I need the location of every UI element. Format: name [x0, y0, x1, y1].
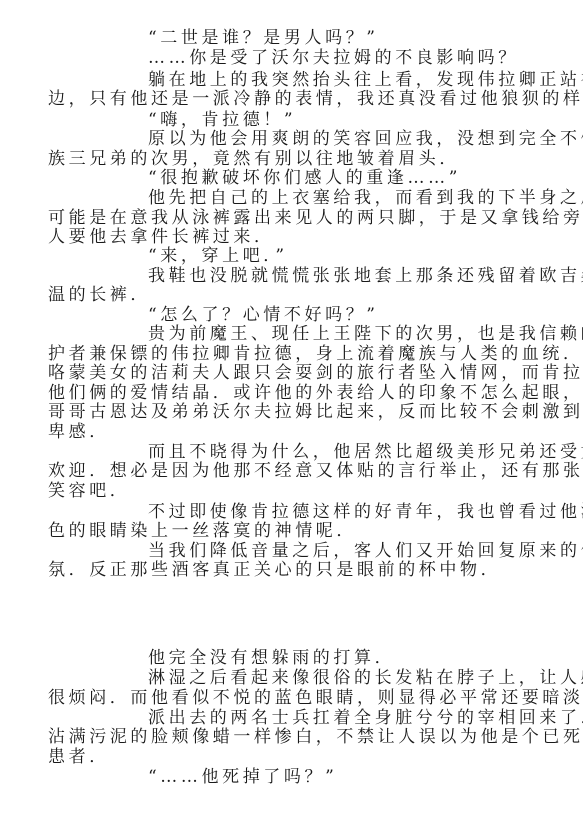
paragraph-line: 很烦闷．而他看似不悦的蓝色眼睛，则显得必平常还要暗淡．: [48, 688, 524, 708]
paragraph-first-line: “来，穿上吧．”: [148, 246, 524, 266]
paragraph-first-line: 原以为他会用爽朗的笑容回应我，没想到完全不像魔: [148, 129, 524, 149]
paragraph-line: 哥哥古恩达及弟弟沃尔夫拉姆比起来，反而比较不会刺激到我的自: [48, 402, 524, 422]
paragraph-line: 护者兼保镖的伟拉卿肯拉德，身上流着魔族与人类的血统．属于费: [48, 344, 524, 364]
paragraph-line: 族三兄弟的次男，竟然有别以往地皱着眉头．: [48, 149, 524, 169]
paragraph-first-line: “怎么了？心情不好吗？”: [148, 305, 524, 325]
paragraph-line: 沾满污泥的脸颊像蜡一样惨白，不禁让人误以为他是个已死的重病: [48, 727, 524, 747]
paragraph-first-line: 淋湿之后看起来像很俗的长发粘在脖子上，让人感觉: [148, 668, 524, 688]
paragraph-line: 卑感．: [48, 422, 524, 442]
paragraph-first-line: “二世是谁？是男人吗？”: [148, 28, 524, 48]
paragraph-first-line: 派出去的两名士兵扛着全身脏兮兮的宰相回来了．他: [148, 708, 524, 728]
paragraph-line: 边，只有他还是一派冷静的表情，我还真没看过他狼狈的样子呢．: [48, 89, 524, 109]
paragraph-line: 患者．: [48, 747, 524, 767]
paragraph-first-line: “嗨，肯拉德！”: [148, 110, 524, 130]
paragraph-line: 笑容吧．: [48, 481, 524, 501]
paragraph-first-line: 我鞋也没脱就慌慌张张地套上那条还残留着欧吉桑体: [148, 266, 524, 286]
paragraph-first-line: “很抱歉破坏你们感人的重逢……”: [148, 168, 524, 188]
paragraph-first-line: “……他死掉了吗？”: [148, 767, 524, 787]
paragraph-first-line: 躺在地上的我突然抬头往上看，发现伟拉卿正站在门: [148, 70, 524, 90]
paragraph-line: 色的眼睛染上一丝落寞的神情呢．: [48, 521, 524, 541]
paragraph-line: 他们俩的爱情结晶．或许他的外表给人的印象不怎么起眼，但是跟: [48, 383, 524, 403]
paragraph-line: 可能是在意我从泳裤露出来见人的两只脚，于是又拿钱给旁边的男: [48, 208, 524, 228]
paragraph-first-line: 当我们降低音量之后，客人们又开始回复原来的气: [148, 541, 524, 561]
paragraph-line: 氛．反正那些酒客真正关心的只是眼前的杯中物．: [48, 560, 524, 580]
paragraph-first-line: 不过即使像肯拉德这样的好青年，我也曾看过他浅棕: [148, 502, 524, 522]
paragraph-first-line: 贵为前魔王、现任上王陛下的次男，也是我信赖的保: [148, 324, 524, 344]
paragraph-line: 咯蒙美女的洁莉夫人跟只会耍剑的旅行者坠入情网，而肯拉德就是: [48, 363, 524, 383]
paragraph-first-line: 他先把自己的上衣塞给我，而看到我的下半身之后，: [148, 188, 524, 208]
paragraph-line: 人要他去拿件长裤过来．: [48, 227, 524, 247]
paragraph-line: 温的长裤．: [48, 285, 524, 305]
paragraph-first-line: 而且不晓得为什么，他居然比超级美形兄弟还受女性: [148, 442, 524, 462]
paragraph-line: 欢迎．想必是因为他那不经意又体贴的言行举止，还有那张爽朗的: [48, 461, 524, 481]
paragraph-first-line: ……你是受了沃尔夫拉姆的不良影响吗？: [148, 48, 524, 68]
paragraph-first-line: 他完全没有想躲雨的打算．: [148, 648, 524, 668]
